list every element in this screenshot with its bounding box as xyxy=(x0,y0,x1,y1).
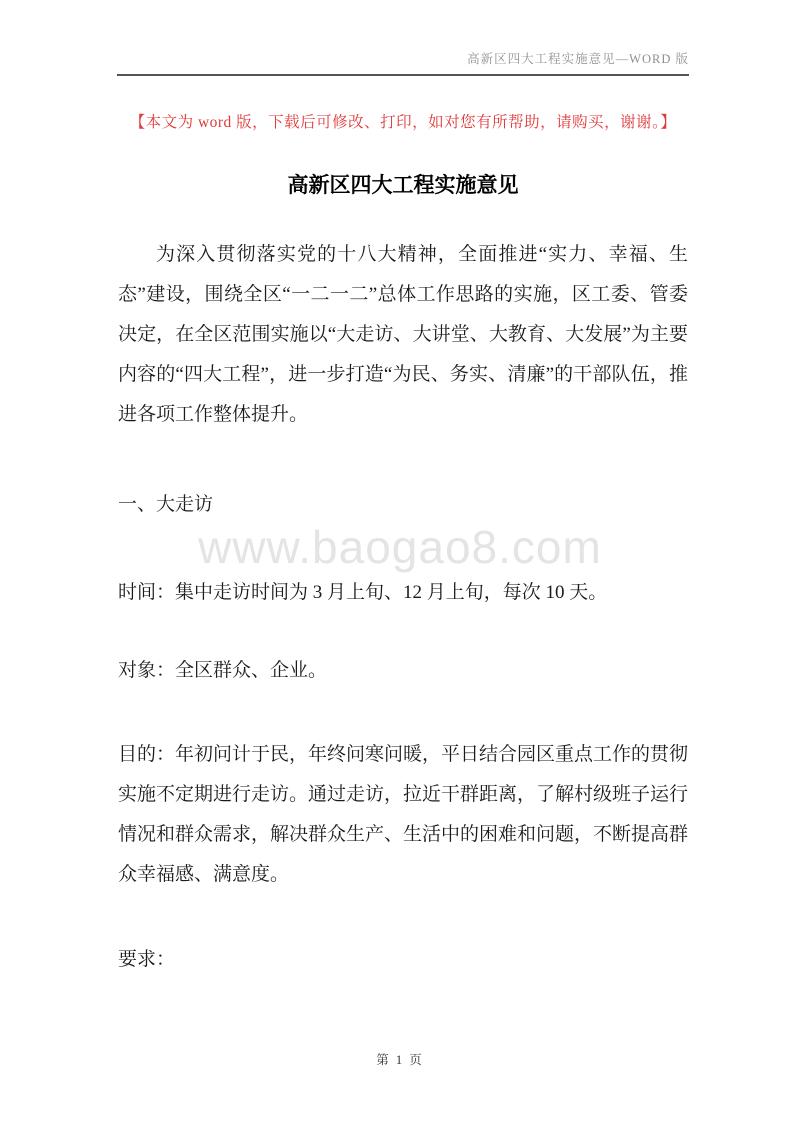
document-title: 高新区四大工程实施意见 xyxy=(118,171,688,199)
page-number: 第 1 页 xyxy=(376,1053,424,1067)
document-page: 高新区四大工程实施意见—WORD 版 www.baogao8.com 【本文为 … xyxy=(0,0,800,1132)
page-footer: 第 1 页 xyxy=(0,1050,800,1069)
document-body: 【本文为 word 版，下载后可修改、打印，如对您有所帮助，请购买，谢谢。】 高… xyxy=(118,0,688,980)
section-heading-1: 一、大走访 xyxy=(118,485,688,525)
paragraph-purpose: 目的：年初问计于民，年终问寒问暖，平日结合园区重点工作的贯彻实施不定期进行走访。… xyxy=(118,735,688,895)
paragraph-time: 时间：集中走访时间为 3 月上旬、12 月上旬，每次 10 天。 xyxy=(118,573,688,613)
paragraph-intro: 为深入贯彻落实党的十八大精神，全面推进“实力、幸福、生态”建设，围绕全区“一二一… xyxy=(118,235,688,435)
paragraph-requirement: 要求： xyxy=(118,940,688,980)
paragraph-target: 对象：全区群众、企业。 xyxy=(118,651,688,691)
disclaimer-text: 【本文为 word 版，下载后可修改、打印，如对您有所帮助，请购买，谢谢。】 xyxy=(118,112,688,134)
